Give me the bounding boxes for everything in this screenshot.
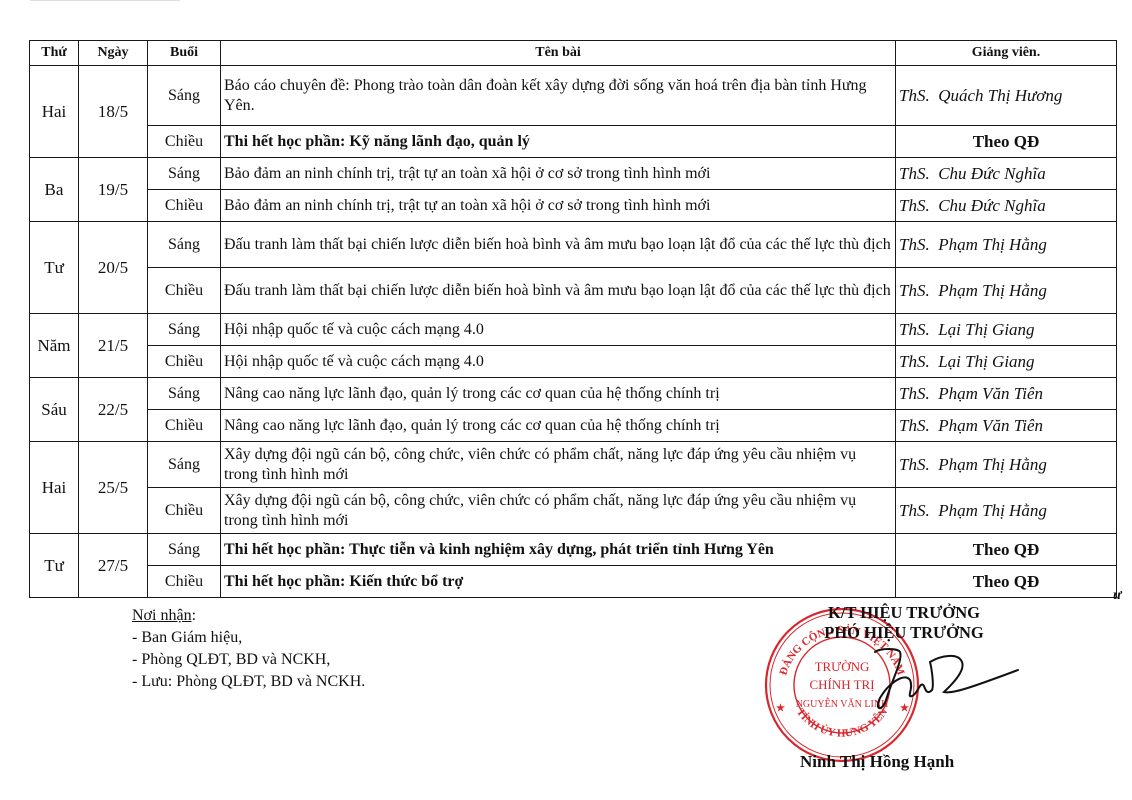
cell-title: Nâng cao năng lực lãnh đạo, quản lý tron… xyxy=(221,410,896,442)
cell-lecturer: ThS. Chu Đức Nghĩa xyxy=(896,158,1117,190)
cell-date: 27/5 xyxy=(79,534,148,598)
cell-title: Đấu tranh làm thất bại chiến lược diễn b… xyxy=(221,222,896,268)
recipients-colon: : xyxy=(192,607,196,624)
cell-date: 22/5 xyxy=(79,378,148,442)
cell-lecturer: ThS. Phạm Thị Hằng xyxy=(896,222,1117,268)
cell-session: Chiều xyxy=(148,268,221,314)
cell-lecturer: ThS. Phạm Văn Tiên xyxy=(896,410,1117,442)
cell-date: 25/5 xyxy=(79,442,148,534)
recipient-item: - Phòng QLĐT, BD và NCKH, xyxy=(132,649,365,671)
cell-title: Thi hết học phần: Kiến thức bổ trợ xyxy=(221,566,896,598)
cell-lecturer: ThS. Phạm Thị Hằng xyxy=(896,442,1117,488)
cell-session: Sáng xyxy=(148,378,221,410)
cell-session: Chiều xyxy=(148,190,221,222)
cell-lecturer: ThS. Lại Thị Giang xyxy=(896,314,1117,346)
cell-day: Tư xyxy=(30,222,79,314)
cell-day: Sáu xyxy=(30,378,79,442)
table-row: Hai25/5SángXây dựng đội ngũ cán bộ, công… xyxy=(30,442,1117,488)
recipients-heading: Nơi nhận xyxy=(132,607,192,624)
cell-date: 18/5 xyxy=(79,66,148,158)
table-row: Ba19/5SángBảo đảm an ninh chính trị, trậ… xyxy=(30,158,1117,190)
header-title: Tên bài xyxy=(221,41,896,66)
table-row: ChiềuThi hết học phần: Kiến thức bổ trợT… xyxy=(30,566,1117,598)
table-row: ChiềuĐấu tranh làm thất bại chiến lược d… xyxy=(30,268,1117,314)
cell-date: 20/5 xyxy=(79,222,148,314)
cell-lecturer: ThS. Phạm Thị Hằng xyxy=(896,488,1117,534)
header-date: Ngày xyxy=(79,41,148,66)
cell-day: Ba xyxy=(30,158,79,222)
signer-name: Ninh Thị Hồng Hạnh xyxy=(800,752,954,772)
table-row: ChiềuXây dựng đội ngũ cán bộ, công chức,… xyxy=(30,488,1117,534)
cell-title: Báo cáo chuyên đề: Phong trào toàn dân đ… xyxy=(221,66,896,126)
cell-date: 21/5 xyxy=(79,314,148,378)
table-row: ChiềuThi hết học phần: Kỹ năng lãnh đạo,… xyxy=(30,126,1117,158)
recipients-block: Nơi nhận: - Ban Giám hiệu, - Phòng QLĐT,… xyxy=(132,605,365,693)
cell-session: Chiều xyxy=(148,410,221,442)
cell-title: Thi hết học phần: Thực tiễn và kinh nghi… xyxy=(221,534,896,566)
table-row: ChiềuNâng cao năng lực lãnh đạo, quản lý… xyxy=(30,410,1117,442)
table-row: Hai18/5SángBáo cáo chuyên đề: Phong trào… xyxy=(30,66,1117,126)
cell-title: Hội nhập quốc tế và cuộc cách mạng 4.0 xyxy=(221,346,896,378)
cell-lecturer: Theo QĐ xyxy=(896,566,1117,598)
cell-session: Chiều xyxy=(148,488,221,534)
cell-day: Tư xyxy=(30,534,79,598)
signature-block: K/T HIỆU TRƯỞNG PHÓ HIỆU TRƯỞNG xyxy=(780,603,1010,643)
cell-lecturer: ThS. Quách Thị Hương xyxy=(896,66,1117,126)
table-row: ChiềuBảo đảm an ninh chính trị, trật tự … xyxy=(30,190,1117,222)
cell-day: Hai xyxy=(30,66,79,158)
svg-text:TRƯỜNG: TRƯỜNG xyxy=(815,659,870,674)
cell-lecturer: ThS. Chu Đức Nghĩa xyxy=(896,190,1117,222)
scan-artifact-line xyxy=(30,0,180,1)
cell-session: Sáng xyxy=(148,222,221,268)
table-row: Năm21/5SángHội nhập quốc tế và cuộc cách… xyxy=(30,314,1117,346)
cell-session: Chiều xyxy=(148,346,221,378)
cell-lecturer: ThS. Phạm Văn Tiên xyxy=(896,378,1117,410)
signature-title-line1: K/T HIỆU TRƯỞNG xyxy=(798,603,1010,623)
table-row: Sáu22/5SángNâng cao năng lực lãnh đạo, q… xyxy=(30,378,1117,410)
handwritten-signature-icon xyxy=(870,640,1020,720)
cell-lecturer: Theo QĐ xyxy=(896,534,1117,566)
header-session: Buổi xyxy=(148,41,221,66)
recipient-item: - Ban Giám hiệu, xyxy=(132,627,365,649)
cell-session: Sáng xyxy=(148,442,221,488)
table-row: ChiềuHội nhập quốc tế và cuộc cách mạng … xyxy=(30,346,1117,378)
header-day: Thứ xyxy=(30,41,79,66)
recipient-item: - Lưu: Phòng QLĐT, BD và NCKH. xyxy=(132,671,365,693)
cell-session: Chiều xyxy=(148,566,221,598)
cell-title: Đấu tranh làm thất bại chiến lược diễn b… xyxy=(221,268,896,314)
cell-title: Bảo đảm an ninh chính trị, trật tự an to… xyxy=(221,190,896,222)
cell-lecturer: Theo QĐ xyxy=(896,126,1117,158)
cell-session: Sáng xyxy=(148,66,221,126)
table-row: Tư20/5SángĐấu tranh làm thất bại chiến l… xyxy=(30,222,1117,268)
table-row: Tư27/5SángThi hết học phần: Thực tiễn và… xyxy=(30,534,1117,566)
cell-title: Nâng cao năng lực lãnh đạo, quản lý tron… xyxy=(221,378,896,410)
cell-title: Thi hết học phần: Kỹ năng lãnh đạo, quản… xyxy=(221,126,896,158)
table-header-row: Thứ Ngày Buổi Tên bài Giảng viên. xyxy=(30,41,1117,66)
cell-session: Sáng xyxy=(148,314,221,346)
svg-text:CHÍNH TRỊ: CHÍNH TRỊ xyxy=(809,677,874,692)
cell-lecturer: ThS. Phạm Thị Hằng xyxy=(896,268,1117,314)
cell-day: Năm xyxy=(30,314,79,378)
schedule-body: Hai18/5SángBáo cáo chuyên đề: Phong trào… xyxy=(30,66,1117,598)
svg-text:★: ★ xyxy=(776,703,785,714)
schedule-table: Thứ Ngày Buổi Tên bài Giảng viên. Hai18/… xyxy=(29,40,1117,598)
cell-session: Sáng xyxy=(148,534,221,566)
cell-title: Xây dựng đội ngũ cán bộ, công chức, viên… xyxy=(221,488,896,534)
cell-day: Hai xyxy=(30,442,79,534)
edge-mark: ư xyxy=(1113,588,1121,604)
cell-lecturer: ThS. Lại Thị Giang xyxy=(896,346,1117,378)
cell-title: Xây dựng đội ngũ cán bộ, công chức, viên… xyxy=(221,442,896,488)
cell-title: Hội nhập quốc tế và cuộc cách mạng 4.0 xyxy=(221,314,896,346)
cell-date: 19/5 xyxy=(79,158,148,222)
cell-title: Bảo đảm an ninh chính trị, trật tự an to… xyxy=(221,158,896,190)
header-lecturer: Giảng viên. xyxy=(896,41,1117,66)
cell-session: Chiều xyxy=(148,126,221,158)
cell-session: Sáng xyxy=(148,158,221,190)
